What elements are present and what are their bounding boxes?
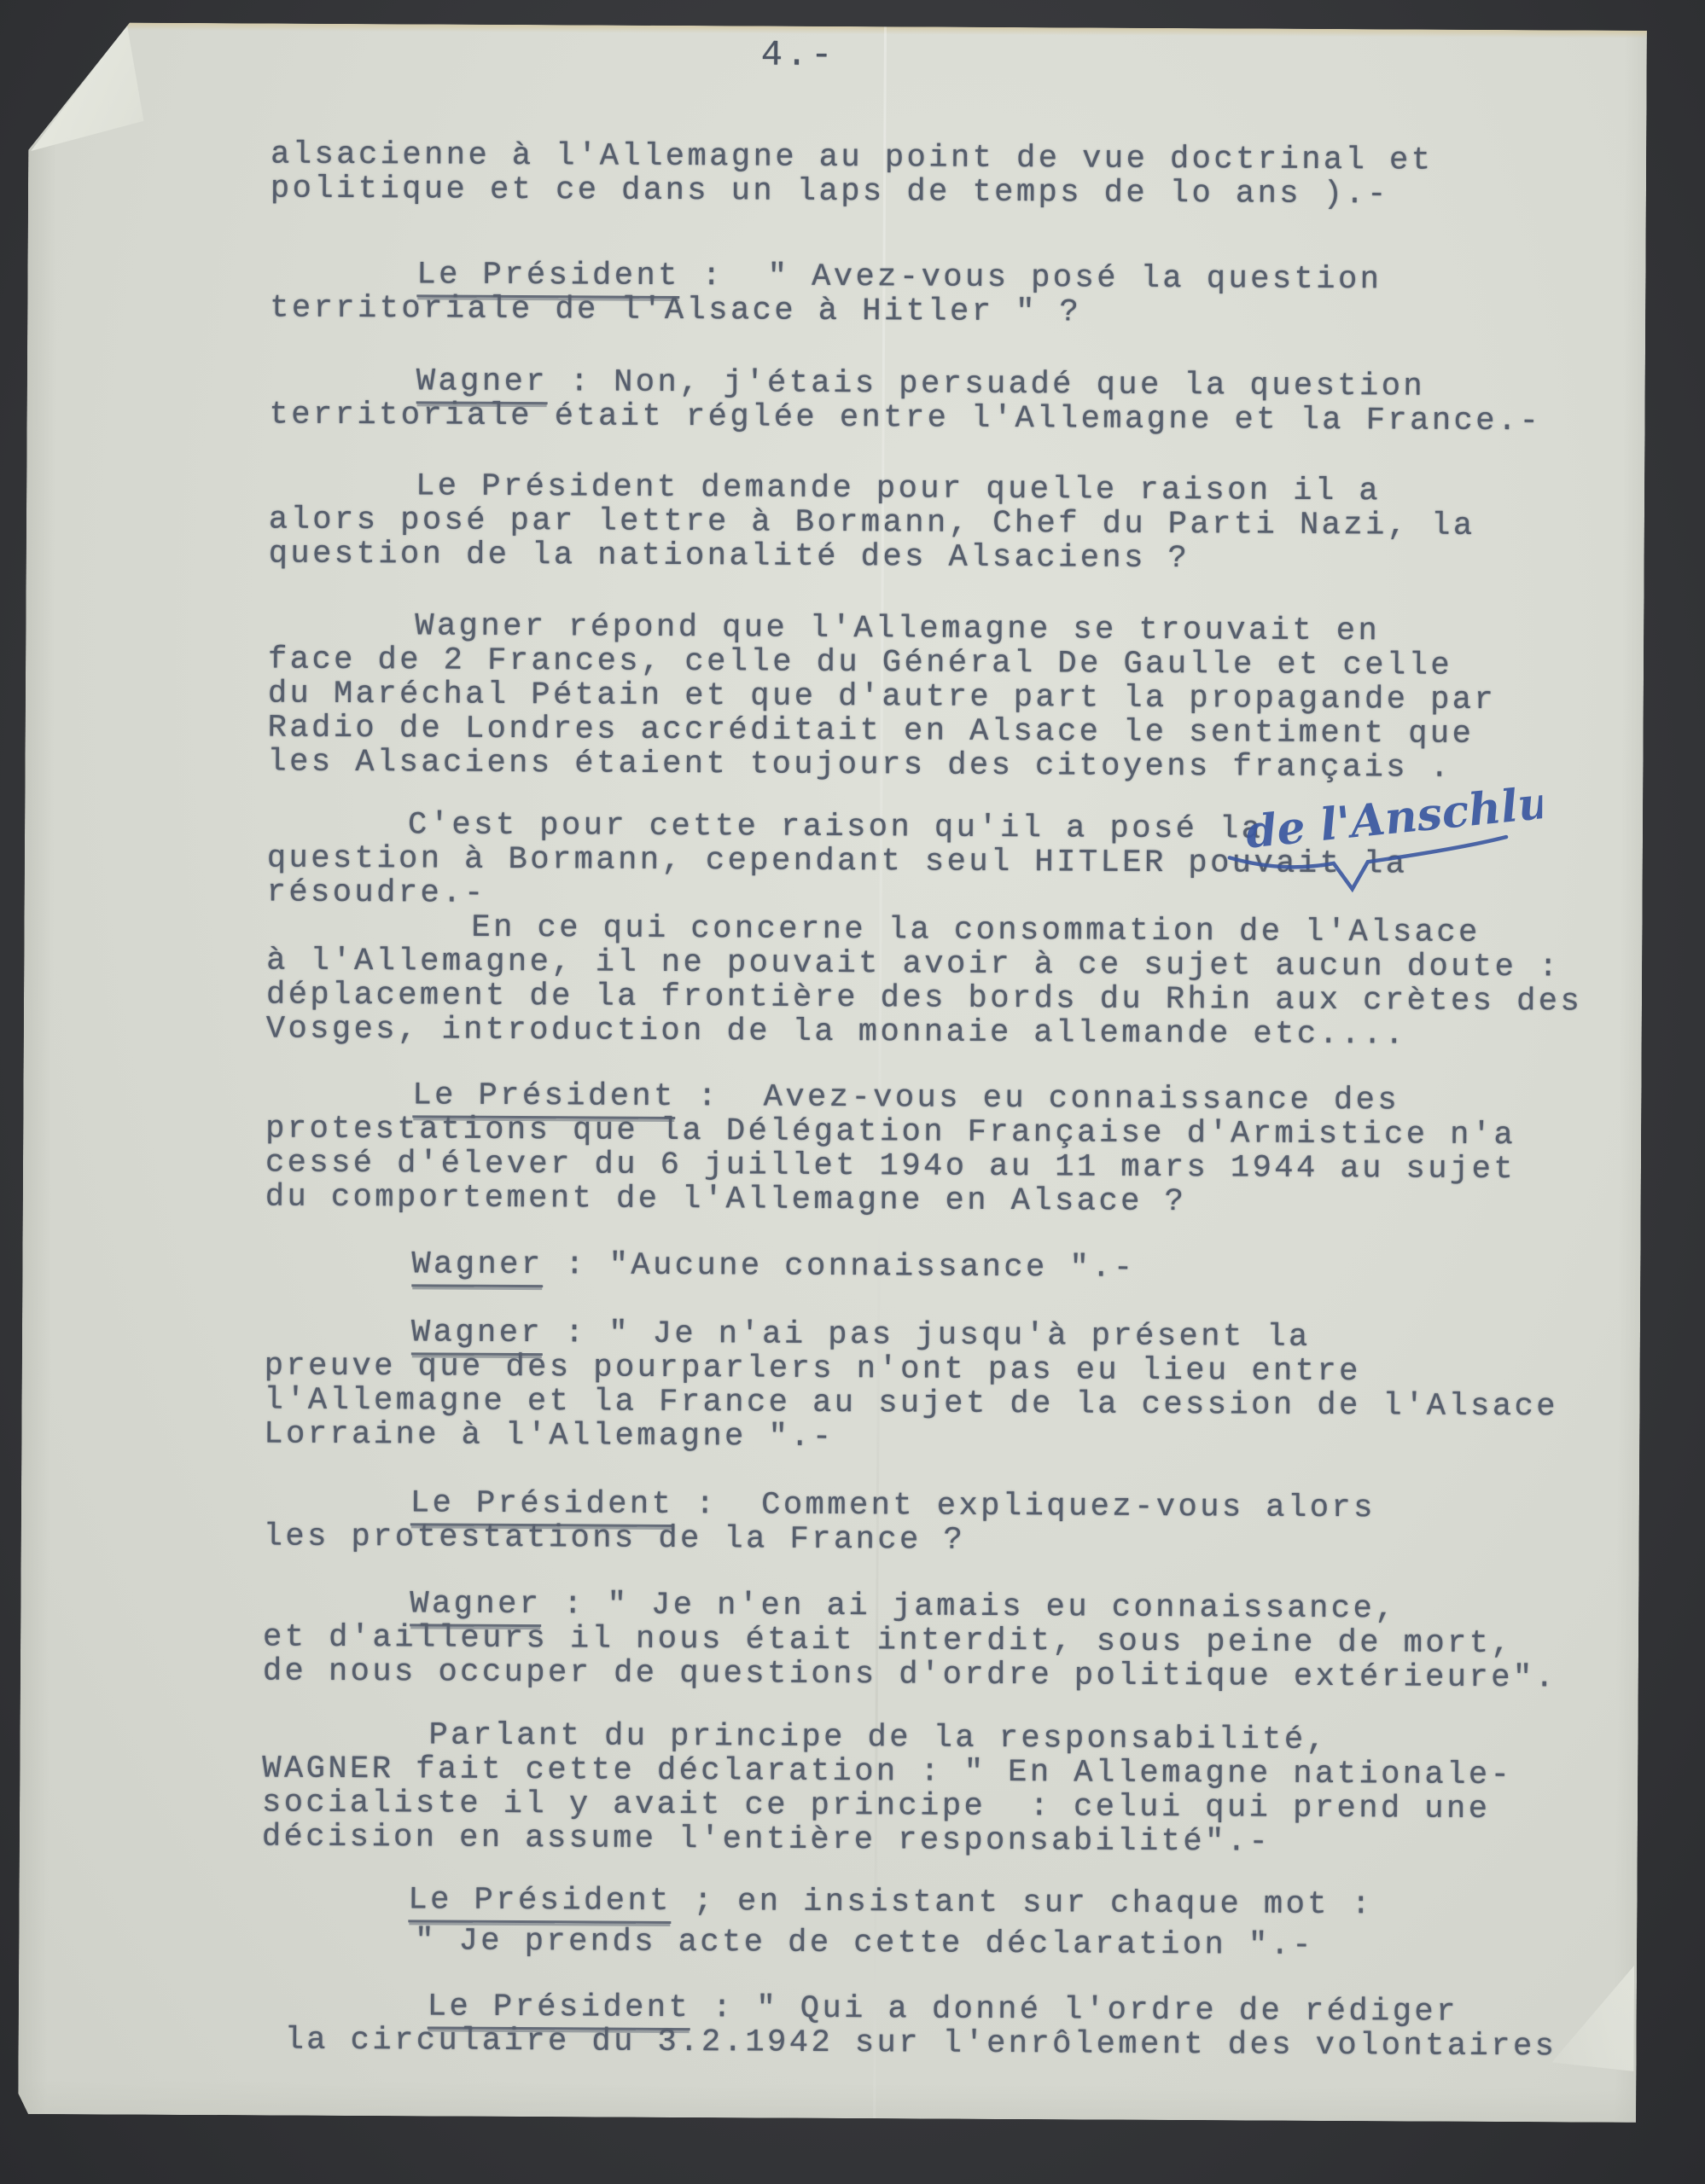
paragraph: Le Président : " Avez-vous posé la quest… <box>270 257 1638 332</box>
paragraph: alsacienne à l'Allemagne au point de vue… <box>271 137 1639 212</box>
paragraph: Parlant du principe de la responsabilité… <box>262 1717 1632 1861</box>
page-corner-fold-topleft <box>27 21 165 176</box>
speaker-name: Le Président <box>408 1882 672 1924</box>
paragraph: Wagner : "Aucune connaissance ".- <box>265 1246 1633 1287</box>
typed-line: politique et ce dans un laps de temps de… <box>271 171 1639 212</box>
typed-line: territoriale était réglée entre l'Allema… <box>269 398 1638 439</box>
typed-line-text: ; en insistant sur chaque mot : <box>672 1884 1374 1923</box>
typed-line: territoriale de l'Alsace à Hitler " ? <box>270 291 1638 332</box>
typed-line-text: : " Avez-vous posé la question <box>680 258 1382 298</box>
typed-line: Le Président ; en insistant sur chaque m… <box>261 1882 1630 1923</box>
document-page-wrapper: 4.- alsacienne à l'Allemagne au point de… <box>18 22 1647 2123</box>
typed-line: Wagner : "Aucune connaissance ".- <box>265 1246 1633 1287</box>
paragraph: Le Président demande pour quelle raison … <box>269 468 1638 578</box>
paragraph: Wagner : " Je n'ai pas jusqu'à présent l… <box>264 1315 1633 1458</box>
paragraph: En ce qui concerne la consommation de l'… <box>266 909 1636 1053</box>
typed-line-text: : " Qui a donné l'ordre de rédiger <box>690 1990 1458 2030</box>
typed-line-text: : "Aucune connaissance ".- <box>544 1247 1136 1287</box>
paragraph: Le Président : Avez-vous eu connaissance… <box>265 1077 1635 1221</box>
paragraph: Wagner : " Je n'en ai jamais eu connaiss… <box>263 1586 1632 1695</box>
typed-line-text: : " Je n'ai pas jusqu'à présent la <box>543 1316 1311 1356</box>
paragraph: Le Président ; en insistant sur chaque m… <box>261 1882 1630 1964</box>
document-page: 4.- alsacienne à l'Allemagne au point de… <box>18 22 1647 2123</box>
scan-background: { "page": { "number_label": "4.-", "ink_… <box>0 0 1705 2184</box>
speaker-name: Wagner <box>411 1246 543 1287</box>
paragraph: Wagner : Non, j'étais persuadé que la qu… <box>269 363 1638 439</box>
typed-line: les protestations de la France ? <box>264 1519 1632 1560</box>
paragraph: Le Président : " Qui a donné l'ordre de … <box>261 1989 1630 2064</box>
typed-line: de nous occuper de questions d'ordre pol… <box>263 1654 1632 1695</box>
typed-line-text: : Avez-vous eu connaissance des <box>676 1079 1399 1118</box>
paragraph: Le Président : Comment expliquez-vous al… <box>264 1485 1632 1560</box>
typed-line: les Alsaciens étaient toujours des citoy… <box>267 745 1636 786</box>
paragraph: Wagner répond que l'Allemagne se trouvai… <box>267 608 1637 786</box>
typed-line: la circulaire du 3.2.1942 sur l'enrôleme… <box>285 2024 1630 2065</box>
typed-line-text: : Comment expliquez-vous alors <box>673 1487 1376 1526</box>
document-text: alsacienne à l'Allemagne au point de vue… <box>261 23 1640 2064</box>
paragraph: C'est pour cette raison qu'il a posé laq… <box>267 807 1637 916</box>
typed-line: " Je prends acte de cette déclaration ".… <box>261 1923 1630 1964</box>
